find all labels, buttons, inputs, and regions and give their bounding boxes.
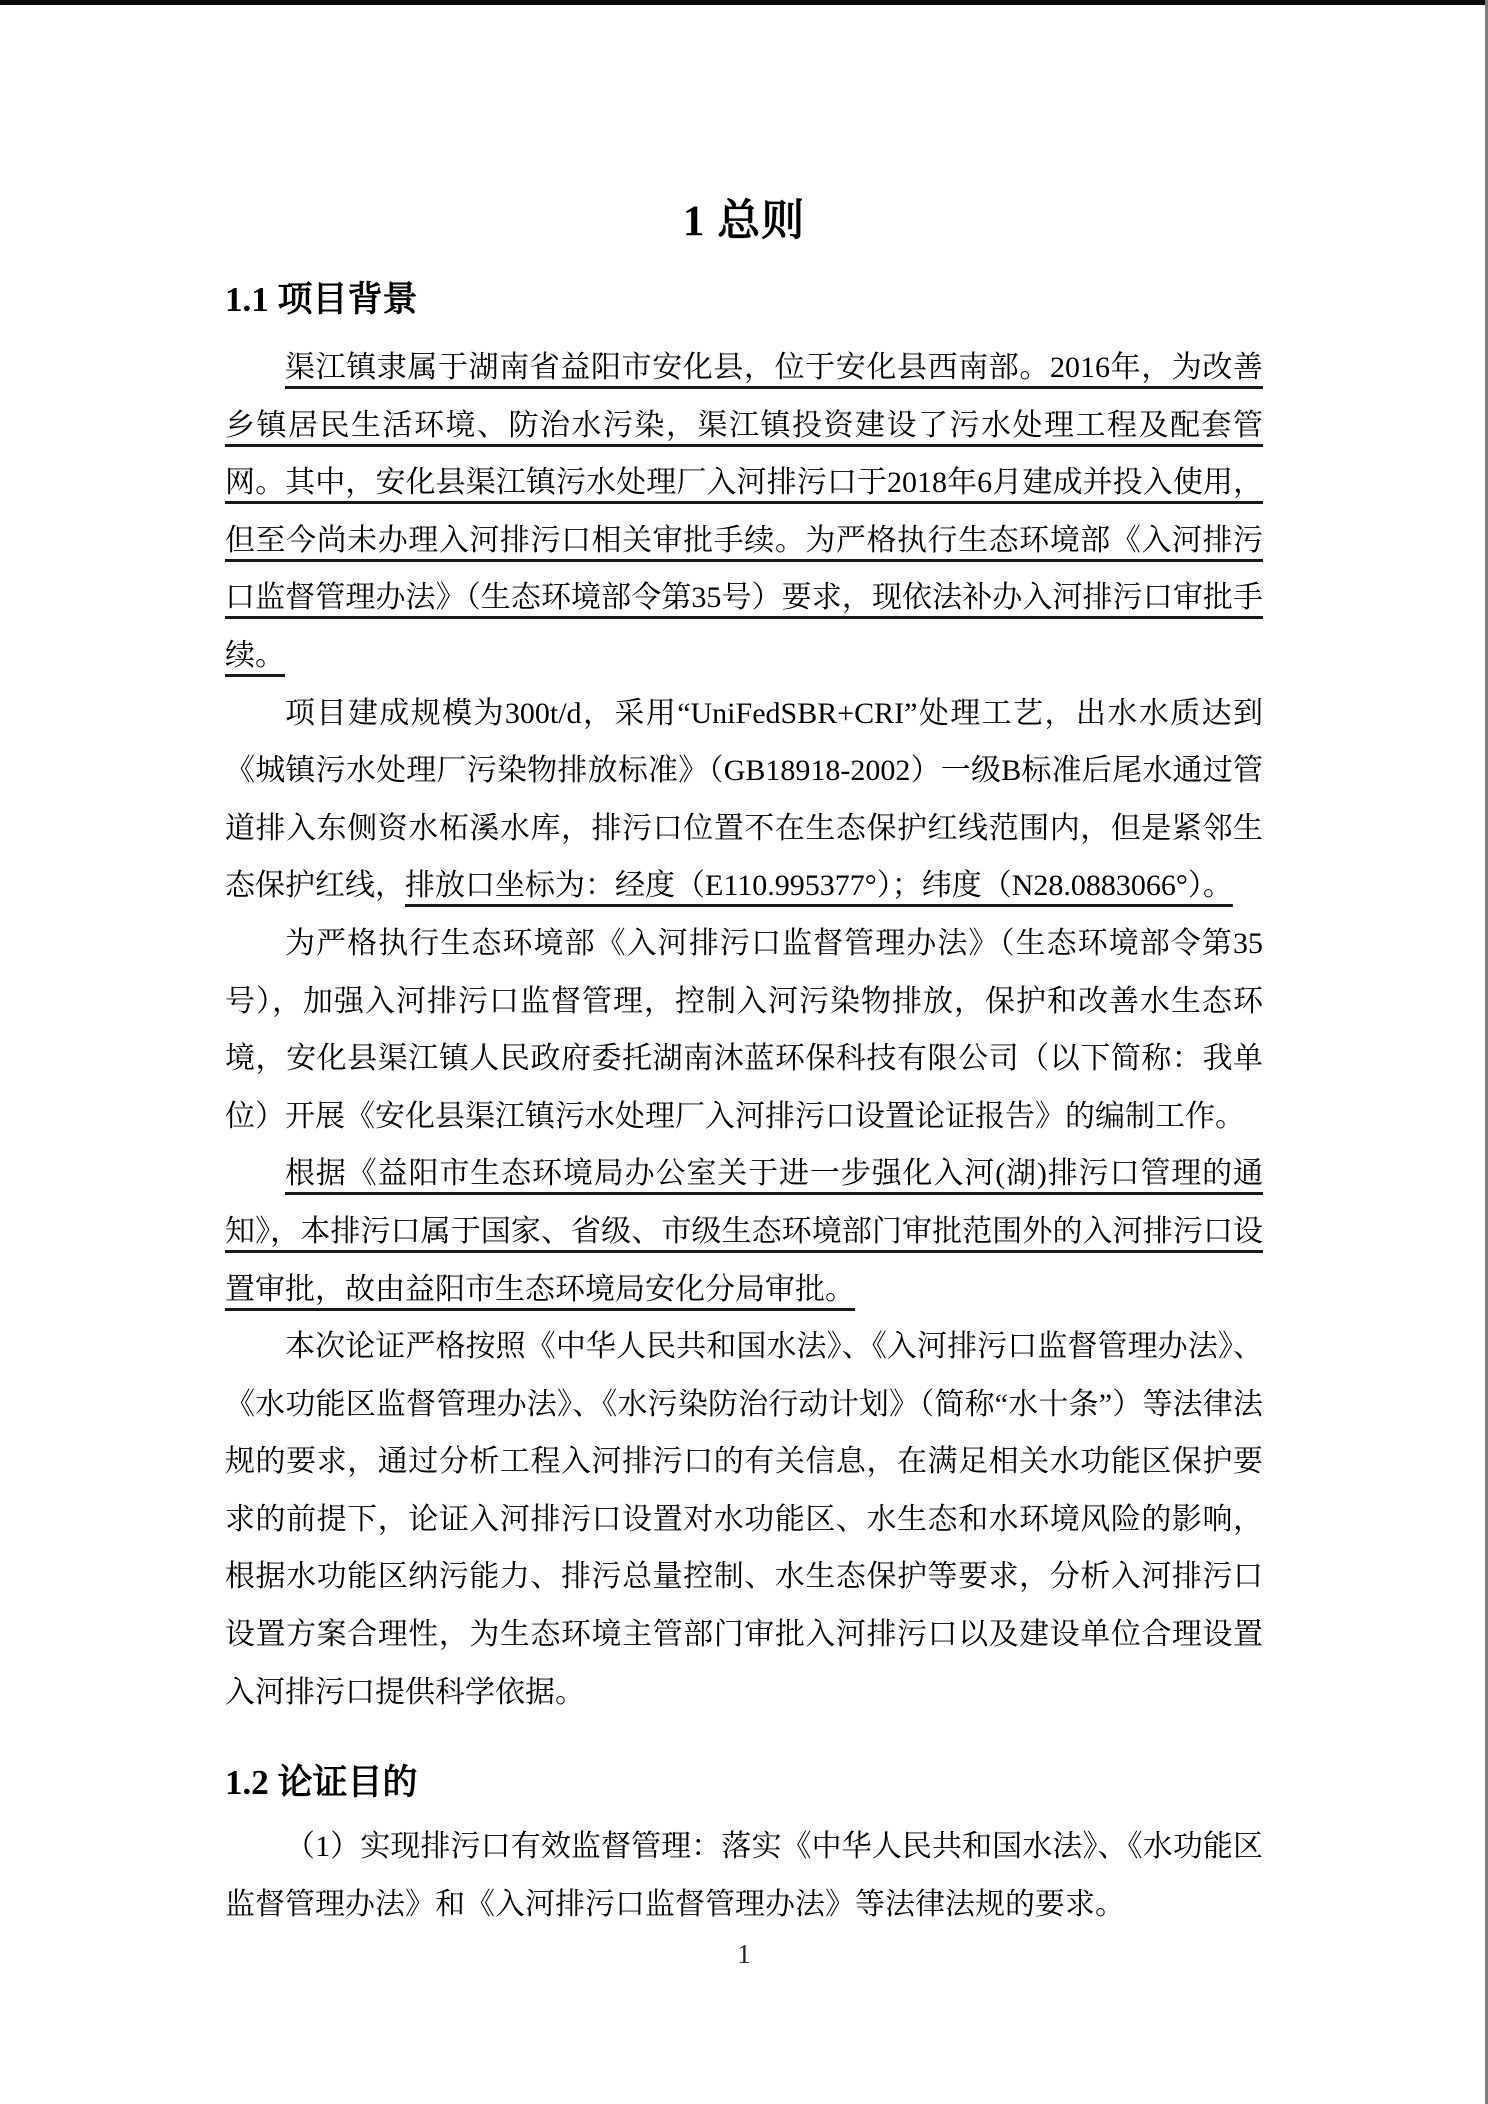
para-approval-authority: 根据《益阳市生态环境局办公室关于进一步强化入河(湖)排污口管理的通知》，本排污口… [225, 1145, 1263, 1318]
underlined-text-run: 根据《益阳市生态环境局办公室关于进一步强化入河(湖)排污口管理的通知》，本排污口… [225, 1157, 1263, 1305]
page-content: 1 总则 1.1 项目背景 渠江镇隶属于湖南省益阳市安化县，位于安化县西南部。2… [225, 0, 1263, 1933]
para-purpose-item-1: （1）实现排污口有效监督管理：落实《中华人民共和国水法》、《水功能区监督管理办法… [225, 1818, 1263, 1933]
underlined-text-run: 渠江镇隶属于湖南省益阳市安化县，位于安化县西南部。2016年，为改善乡镇居民生活… [225, 351, 1263, 672]
para-project-background-intro: 渠江镇隶属于湖南省益阳市安化县，位于安化县西南部。2016年，为改善乡镇居民生活… [225, 339, 1263, 685]
para-commission: 为严格执行生态环境部《入河排污口监督管理办法》（生态环境部令第35号），加强入河… [225, 915, 1263, 1145]
para-demonstration-basis: 本次论证严格按照《中华人民共和国水法》、《入河排污口监督管理办法》、《水功能区监… [225, 1318, 1263, 1721]
chapter-title: 1 总则 [225, 197, 1263, 247]
page-number: 1 [0, 1938, 1488, 1970]
para-project-scale: 项目建成规模为300t/d，采用“UniFedSBR+CRI”处理工艺，出水水质… [225, 685, 1263, 915]
text-run: 本次论证严格按照《中华人民共和国水法》、《入河排污口监督管理办法》、《水功能区监… [225, 1330, 1263, 1709]
underlined-text-run-coordinates: 排放口坐标为：经度（E110.995377°）；纬度（N28.0883066°）… [405, 869, 1233, 902]
section-heading-1-2: 1.2 论证目的 [225, 1761, 1263, 1805]
document-page: 1 总则 1.1 项目背景 渠江镇隶属于湖南省益阳市安化县，位于安化县西南部。2… [0, 0, 1488, 2104]
text-run: 为严格执行生态环境部《入河排污口监督管理办法》（生态环境部令第35号），加强入河… [225, 927, 1263, 1133]
text-run: （1）实现排污口有效监督管理：落实《中华人民共和国水法》、《水功能区监督管理办法… [225, 1830, 1263, 1921]
section-heading-1-1: 1.1 项目背景 [225, 278, 1263, 322]
